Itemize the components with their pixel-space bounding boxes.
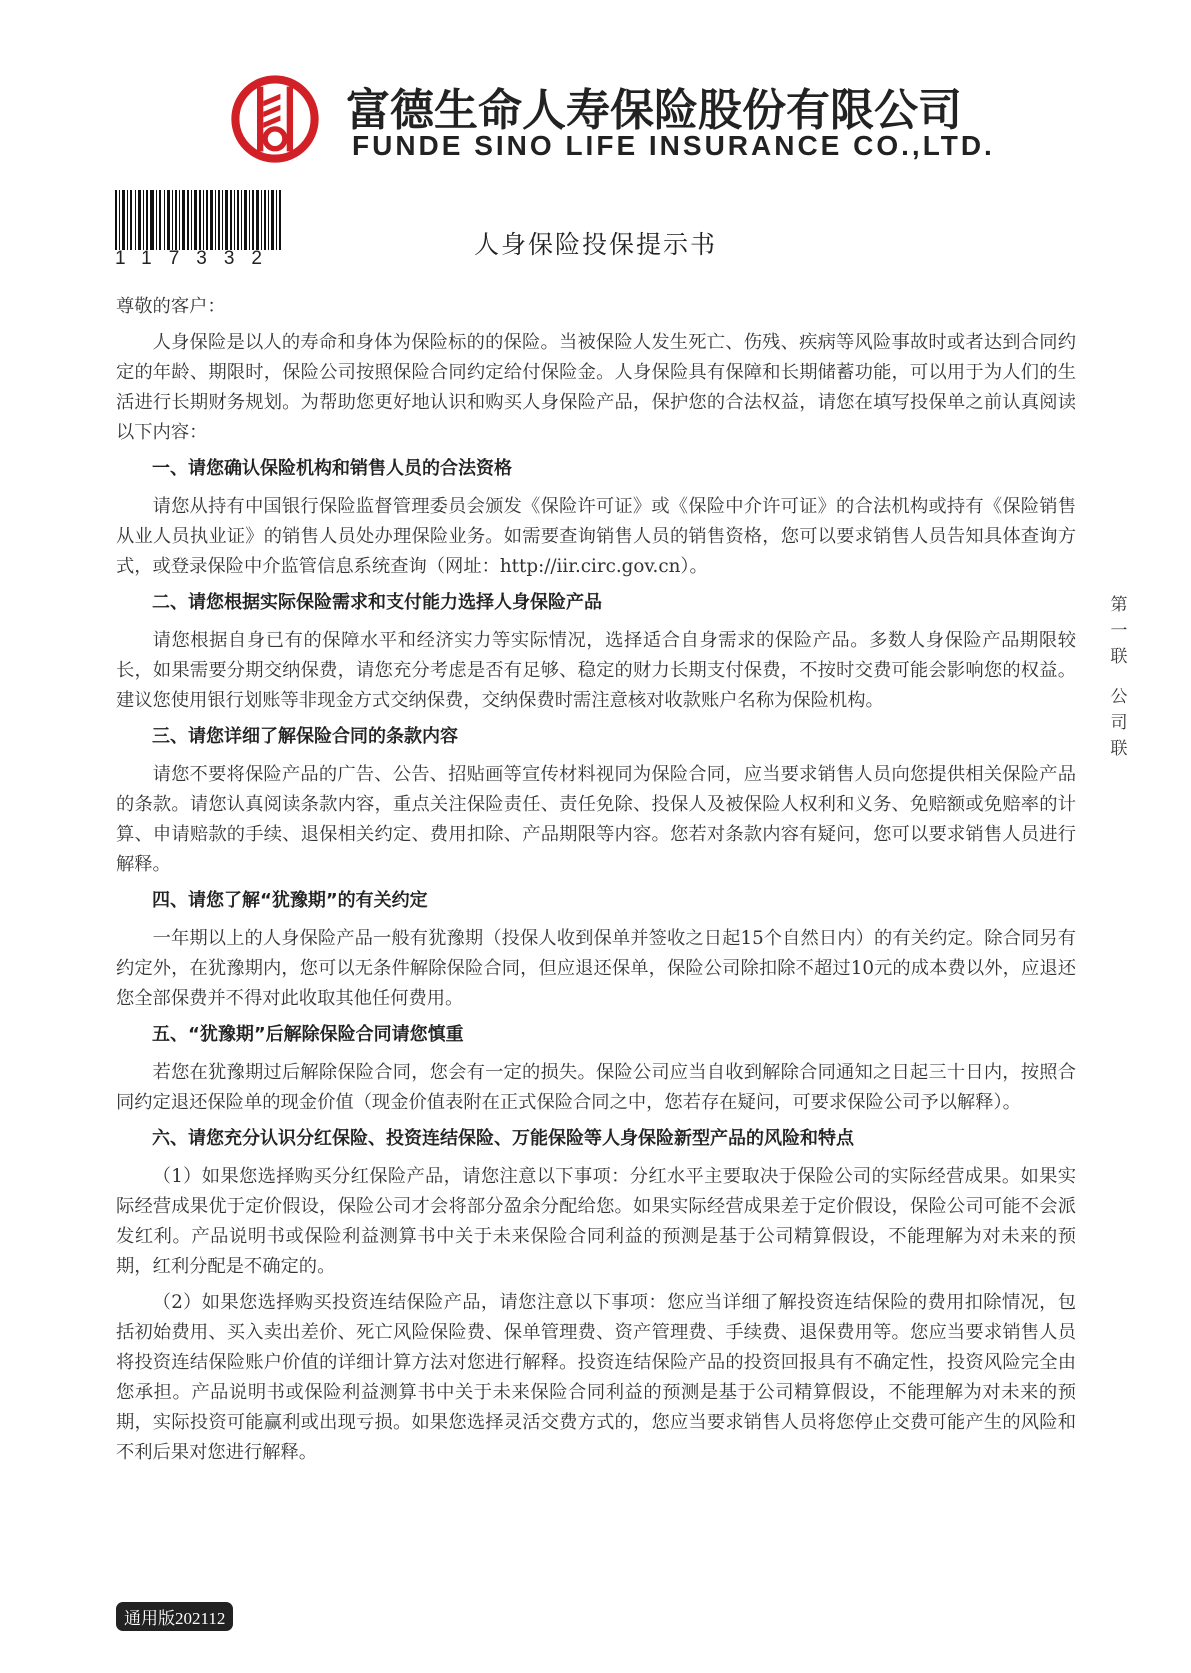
copy-label-vertical: 第 一 联 公 司 联	[1108, 592, 1130, 762]
greeting: 尊敬的客户：	[116, 292, 1076, 322]
copy-label-char: 公	[1108, 684, 1130, 710]
document-body: 尊敬的客户： 人身保险是以人的寿命和身体为保险标的的保险。当被保险人发生死亡、伤…	[116, 292, 1076, 1474]
copy-label-char: 一	[1108, 618, 1130, 644]
section-paragraph: 一年期以上的人身保险产品一般有犹豫期（投保人收到保单并签收之日起15个自然日内）…	[116, 924, 1076, 1014]
copy-label-char: 司	[1108, 710, 1130, 736]
intro-paragraph: 人身保险是以人的寿命和身体为保险标的的保险。当被保险人发生死亡、伤残、疾病等风险…	[116, 328, 1076, 448]
section-heading-3: 三、请您详细了解保险合同的条款内容	[116, 722, 1076, 752]
section-heading-4: 四、请您了解“犹豫期”的有关约定	[116, 886, 1076, 916]
version-badge: 通用版202112	[116, 1602, 233, 1631]
company-logo-icon	[230, 74, 320, 164]
section-heading-2: 二、请您根据实际保险需求和支付能力选择人身保险产品	[116, 588, 1076, 618]
section-paragraph: 请您不要将保险产品的广告、公告、招贴画等宣传材料视同为保险合同，应当要求销售人员…	[116, 760, 1076, 880]
section-heading-1: 一、请您确认保险机构和销售人员的合法资格	[116, 454, 1076, 484]
copy-label-char: 联	[1108, 644, 1130, 670]
copy-label-char: 第	[1108, 592, 1130, 618]
copy-label-char: 联	[1108, 736, 1130, 762]
section-paragraph: （2）如果您选择购买投资连结保险产品，请您注意以下事项：您应当详细了解投资连结保…	[116, 1288, 1076, 1468]
company-name-en: FUNDE SINO LIFE INSURANCE CO.,LTD.	[352, 130, 995, 162]
section-paragraph: 若您在犹豫期过后解除保险合同，您会有一定的损失。保险公司应当自收到解除合同通知之…	[116, 1058, 1076, 1118]
section-heading-5: 五、“犹豫期”后解除保险合同请您慎重	[116, 1020, 1076, 1050]
section-heading-6: 六、请您充分认识分红保险、投资连结保险、万能保险等人身保险新型产品的风险和特点	[116, 1124, 1076, 1154]
document-title: 人身保险投保提示书	[0, 225, 1191, 261]
letterhead: 富德生命人寿保险股份有限公司 FUNDE SINO LIFE INSURANCE…	[230, 70, 990, 170]
section-paragraph: 请您根据自身已有的保障水平和经济实力等实际情况，选择适合自身需求的保险产品。多数…	[116, 626, 1076, 716]
company-name-cn: 富德生命人寿保险股份有限公司	[346, 74, 962, 138]
section-paragraph: （1）如果您选择购买分红保险产品，请您注意以下事项：分红水平主要取决于保险公司的…	[116, 1162, 1076, 1282]
section-paragraph: 请您从持有中国银行保险监督管理委员会颁发《保险许可证》或《保险中介许可证》的合法…	[116, 492, 1076, 582]
